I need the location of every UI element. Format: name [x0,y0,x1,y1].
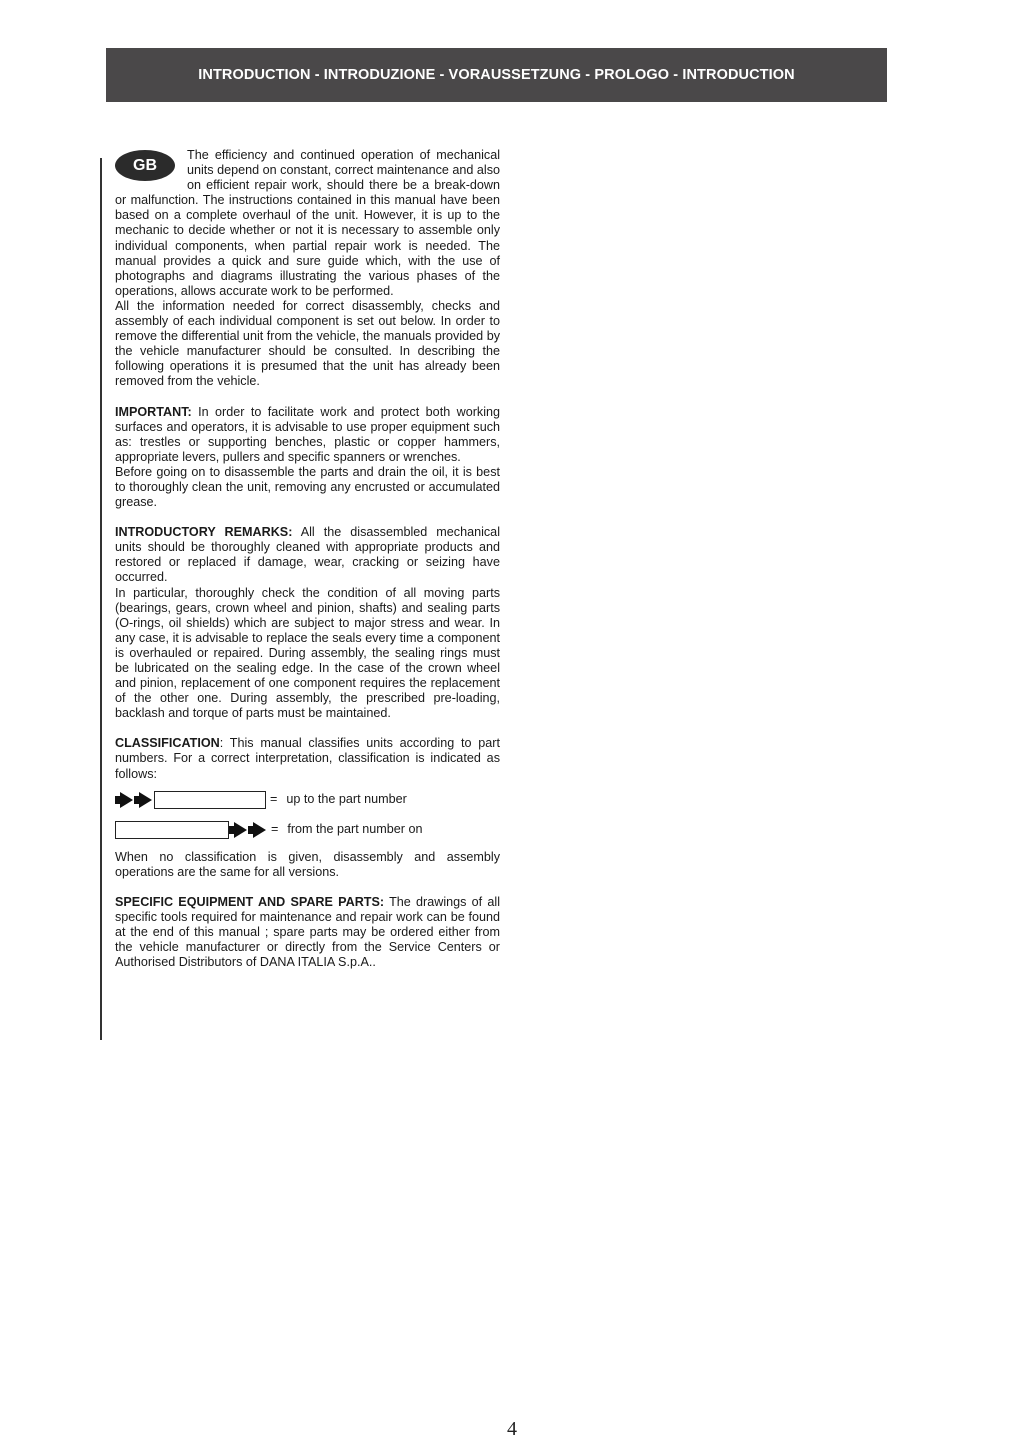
remarks-paragraph-2: In particular, thoroughly check the cond… [115,586,500,722]
classification-note: When no classification is given, disasse… [115,850,500,880]
from-label: from the part number on [287,822,422,837]
important-paragraph: IMPORTANT: In order to facilitate work a… [115,405,500,465]
page-number: 4 [0,1418,1024,1441]
section-title: INTRODUCTION - INTRODUZIONE - VORAUSSETZ… [198,67,794,83]
remarks-paragraph: INTRODUCTORY REMARKS: All the disassembl… [115,525,500,585]
remarks-label: INTRODUCTORY REMARKS: [115,525,292,539]
up-to-label: up to the part number [286,792,406,807]
double-arrow-icon [229,822,267,838]
classification-from-row: = from the part number on [115,818,500,842]
double-arrow-icon [115,792,153,808]
intro-paragraph-2: All the information needed for correct d… [115,299,500,390]
important-label: IMPORTANT: [115,405,192,419]
equipment-label: SPECIFIC EQUIPMENT AND SPARE PARTS: [115,895,384,909]
language-badge: GB [115,150,175,181]
part-number-box [115,821,229,839]
section-header-bar: INTRODUCTION - INTRODUZIONE - VORAUSSETZ… [106,48,887,102]
important-paragraph-2: Before going on to disassemble the parts… [115,465,500,510]
classification-up-to-row: = up to the part number [115,788,500,812]
part-number-box [154,791,266,809]
margin-rule [100,158,102,1040]
classification-paragraph: CLASSIFICATION: This manual classifies u… [115,736,500,781]
classification-label: CLASSIFICATION [115,736,220,750]
text-column: GB The efficiency and continued operatio… [115,148,500,970]
equipment-paragraph: SPECIFIC EQUIPMENT AND SPARE PARTS: The … [115,895,500,970]
